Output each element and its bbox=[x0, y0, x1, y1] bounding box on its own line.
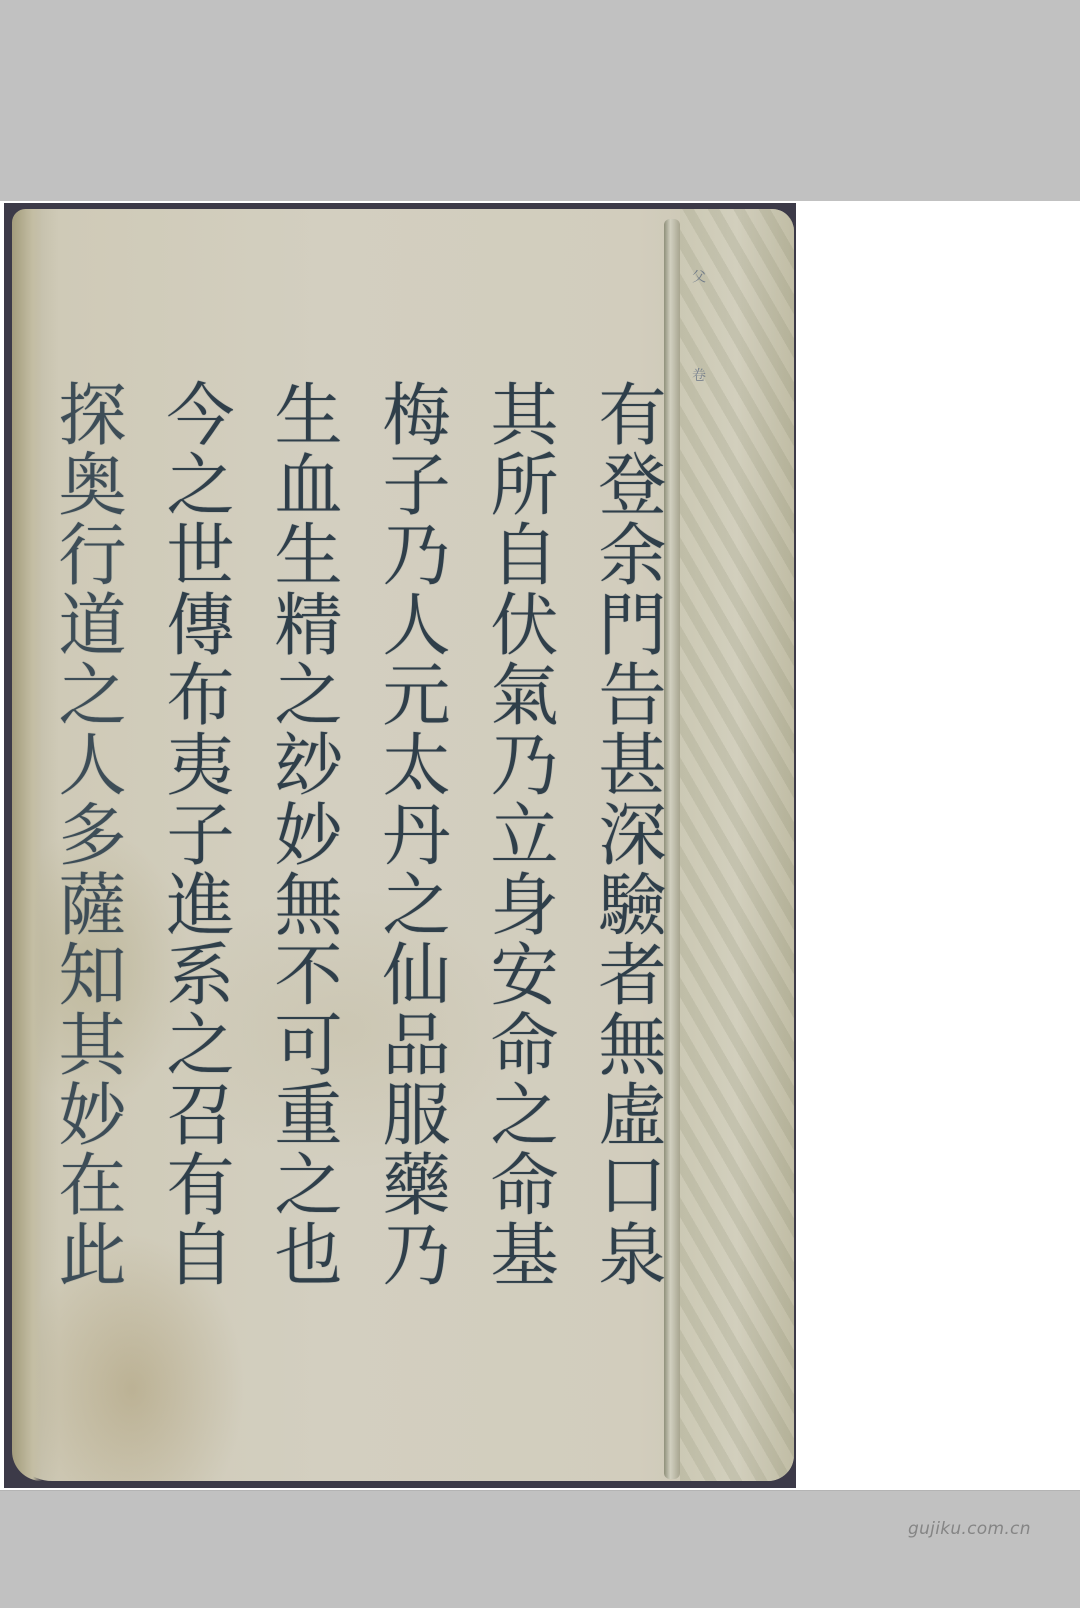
site-watermark: gujiku.com.cn bbox=[908, 1519, 1031, 1539]
manuscript-page: 父 卷 有登余門告甚深驗者無虛口泉 其所自伏氣乃立身安命之命基 梅子乃人元太丹之… bbox=[12, 209, 794, 1481]
text-column-3: 梅子乃人元太丹之仙品服藥乃 bbox=[360, 379, 460, 1459]
spine-margin-marks: 父 卷 bbox=[692, 269, 708, 421]
text-column-1: 有登余門告甚深驗者無虛口泉 bbox=[576, 379, 676, 1459]
text-column-5: 今之世傳布夷子進系之召有自 bbox=[144, 379, 244, 1459]
text-column-2: 其所自伏氣乃立身安命之命基 bbox=[468, 379, 568, 1459]
text-column-6: 探奥行道之人多薩知其妙在此 bbox=[36, 379, 136, 1459]
viewer-bottom-band bbox=[0, 1490, 1080, 1608]
manuscript-text: 有登余門告甚深驗者無虛口泉 其所自伏氣乃立身安命之命基 梅子乃人元太丹之仙品服藥… bbox=[36, 379, 680, 1459]
text-column-4: 生血生精之玅妙無不可重之也 bbox=[252, 379, 352, 1459]
viewer-top-band bbox=[0, 0, 1080, 201]
manuscript-photo: 父 卷 有登余門告甚深驗者無虛口泉 其所自伏氣乃立身安命之命基 梅子乃人元太丹之… bbox=[4, 203, 796, 1488]
